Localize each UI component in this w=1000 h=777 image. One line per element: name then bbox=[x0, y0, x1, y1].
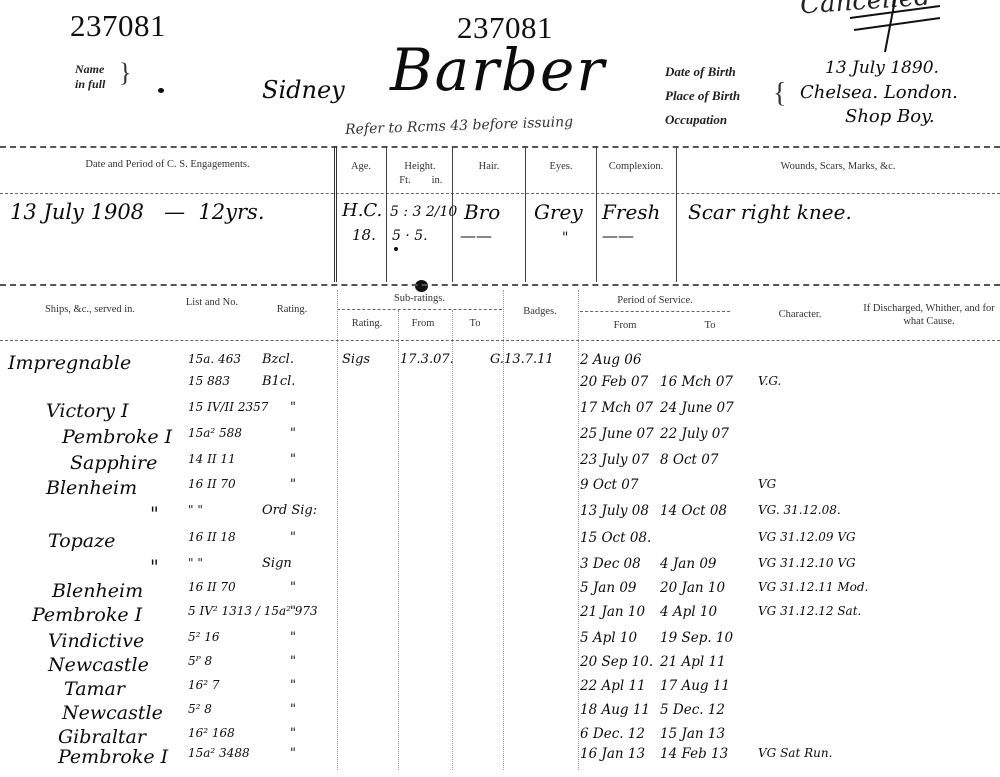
period-from: 3 Dec 08 bbox=[580, 556, 641, 572]
service-row: Blenheim16 II 70"9 Oct 07VG bbox=[0, 477, 1000, 499]
engagements-header: Date and Period of C. S. Engagements. bbox=[0, 158, 335, 171]
complexion-col-divider bbox=[676, 146, 677, 282]
period-from: 20 Sep 10. bbox=[580, 654, 653, 670]
eyes-col-divider bbox=[596, 146, 597, 282]
list-number: 15 IV/II 2357 bbox=[188, 400, 268, 414]
period-to: 19 Sep. 10 bbox=[660, 630, 733, 646]
period-to: 16 Mch 07 bbox=[660, 374, 733, 390]
ship-name: Blenheim bbox=[46, 477, 137, 499]
complexion-header: Complexion. bbox=[597, 160, 675, 173]
rating: " bbox=[290, 580, 296, 595]
eyes-header: Eyes. bbox=[526, 160, 596, 173]
badges-header: Badges. bbox=[510, 305, 570, 318]
date-of-birth: 13 July 1890. bbox=[825, 58, 939, 78]
service-row: Sapphire14 II 11"23 July 078 Oct 07 bbox=[0, 452, 1000, 474]
period-to: 4 Jan 09 bbox=[660, 556, 717, 572]
list-number: 15 883 bbox=[188, 374, 230, 388]
character-header: Character. bbox=[760, 308, 840, 321]
list-number: 14 II 11 bbox=[188, 452, 236, 466]
period-to: 20 Jan 10 bbox=[660, 580, 725, 596]
ship-name: Blenheim bbox=[52, 580, 143, 602]
period-from-header: From bbox=[600, 319, 650, 332]
list-number: 16 II 18 bbox=[188, 530, 236, 544]
rating: " bbox=[290, 678, 296, 693]
name-brace: } bbox=[119, 58, 131, 88]
place-of-birth-label: Place of Birth bbox=[665, 88, 740, 104]
rating: Ord Sig: bbox=[262, 503, 317, 518]
height-row-2: 5 · 5. bbox=[392, 228, 428, 244]
age-row-1: H.C. bbox=[342, 200, 382, 221]
period-to: 24 June 07 bbox=[660, 400, 734, 416]
hair-header: Hair. bbox=[453, 160, 525, 173]
engagement-entry: 13 July 1908 — 12yrs. bbox=[10, 200, 265, 224]
rating: " bbox=[290, 654, 296, 669]
list-number: " " bbox=[188, 556, 203, 570]
place-of-birth: Chelsea. London. bbox=[800, 82, 958, 103]
ship-name: Pembroke I bbox=[58, 746, 168, 768]
rating: " bbox=[290, 477, 296, 492]
period-to: 22 July 07 bbox=[660, 426, 729, 442]
wounds-header: Wounds, Scars, Marks, &c. bbox=[676, 160, 1000, 173]
rating: Bzcl. bbox=[262, 352, 294, 367]
period-to-header: To bbox=[690, 319, 730, 332]
period-from: 2 Aug 06 bbox=[580, 352, 641, 368]
height-row-1: 5 : 3 2/10 bbox=[390, 204, 457, 220]
rating: " bbox=[290, 630, 296, 645]
height-ft-header: Ft. bbox=[393, 174, 417, 187]
age-header: Age. bbox=[335, 160, 387, 173]
height-in-header: in. bbox=[425, 174, 449, 187]
rating: B1cl. bbox=[262, 374, 295, 389]
list-number: 16 II 70 bbox=[188, 477, 236, 491]
strike-through-mark bbox=[840, 0, 950, 55]
service-row: 15 883B1cl.20 Feb 0716 Mch 07V.G. bbox=[0, 374, 1000, 396]
period-from: 5 Apl 10 bbox=[580, 630, 637, 646]
name-label-line1: Name bbox=[75, 62, 105, 77]
rating: " bbox=[290, 452, 296, 467]
rating: " bbox=[290, 746, 296, 761]
period-to: 14 Feb 13 bbox=[660, 746, 728, 762]
engagement-col-divider bbox=[334, 146, 337, 282]
discharged-header: If Discharged, Whither, and for what Cau… bbox=[860, 302, 998, 328]
list-number: 15a. 463 bbox=[188, 352, 241, 366]
period-to: 15 Jan 13 bbox=[660, 726, 725, 742]
list-no-header: List and No. bbox=[183, 296, 241, 309]
ink-blot bbox=[415, 280, 428, 292]
sub-ratings-rule bbox=[337, 309, 502, 310]
hair-row-1: Bro bbox=[464, 200, 500, 224]
character: VG. 31.12.08. bbox=[758, 503, 841, 517]
list-number: 15a² 588 bbox=[188, 426, 242, 440]
period-from: 25 June 07 bbox=[580, 426, 654, 442]
rating: " bbox=[290, 702, 296, 717]
official-number-left: 237081 bbox=[70, 8, 166, 44]
period-to: 14 Oct 08 bbox=[660, 503, 727, 519]
ship-name: Newcastle bbox=[48, 654, 149, 676]
birth-brace: { bbox=[773, 78, 786, 110]
period-from: 5 Jan 09 bbox=[580, 580, 637, 596]
list-number: 5ᴾ 8 bbox=[188, 654, 212, 668]
rating: " bbox=[290, 530, 296, 545]
period-from: 9 Oct 07 bbox=[580, 477, 638, 493]
wounds-row-1: Scar right knee. bbox=[688, 200, 852, 224]
service-row: Blenheim16 II 70"5 Jan 0920 Jan 10VG 31.… bbox=[0, 580, 1000, 602]
ship-name: Topaze bbox=[48, 530, 115, 552]
rating-header: Rating. bbox=[262, 303, 322, 316]
period-to: 5 Dec. 12 bbox=[660, 702, 725, 718]
period-from: 16 Jan 13 bbox=[580, 746, 645, 762]
rating: Sign bbox=[262, 556, 292, 571]
date-of-birth-label: Date of Birth bbox=[665, 64, 736, 80]
name-label: Name in full bbox=[75, 62, 105, 92]
service-row: Victory I15 IV/II 2357"17 Mch 0724 June … bbox=[0, 400, 1000, 422]
service-row: Gibraltar16² 168"6 Dec. 1215 Jan 13 bbox=[0, 726, 1000, 748]
ship-name: Sapphire bbox=[70, 452, 157, 474]
period-to: 8 Oct 07 bbox=[660, 452, 718, 468]
height-header: Height. bbox=[388, 160, 452, 173]
engagement-header-rule bbox=[0, 193, 1000, 194]
rating: " bbox=[290, 604, 296, 619]
character: VG 31.12.12 Sat. bbox=[758, 604, 861, 618]
sub-from-header: From bbox=[398, 317, 448, 330]
sub-rating-from: 17.3.07. bbox=[400, 352, 454, 367]
list-number: 16² 168 bbox=[188, 726, 235, 740]
period-from: 15 Oct 08. bbox=[580, 530, 651, 546]
sub-rating-header: Rating. bbox=[337, 317, 397, 330]
character: VG 31.12.11 Mod. bbox=[758, 580, 868, 594]
rating: " bbox=[290, 400, 296, 415]
sub-ratings-header: Sub-ratings. bbox=[337, 292, 502, 305]
list-number: 15a² 3488 bbox=[188, 746, 250, 760]
ink-dot bbox=[394, 247, 398, 251]
service-row: Impregnable15a. 463Bzcl.Sigs17.3.07.G.13… bbox=[0, 352, 1000, 374]
service-row: Newcastle5² 8"18 Aug 115 Dec. 12 bbox=[0, 702, 1000, 724]
character: VG Sat Run. bbox=[758, 746, 832, 760]
service-header-rule bbox=[0, 340, 1000, 341]
hair-col-divider bbox=[525, 146, 526, 282]
ink-dot bbox=[158, 88, 164, 93]
character: V.G. bbox=[758, 374, 781, 388]
ship-name: Pembroke I bbox=[32, 604, 142, 626]
service-row: Vindictive5² 16"5 Apl 1019 Sep. 10 bbox=[0, 630, 1000, 652]
rating: " bbox=[290, 726, 296, 741]
list-number: 5 IV² 1313 / 15a² 973 bbox=[188, 604, 318, 618]
header-divider bbox=[0, 146, 1000, 148]
service-row: Newcastle5ᴾ 8"20 Sep 10.21 Apl 11 bbox=[0, 654, 1000, 676]
period-from: 17 Mch 07 bbox=[580, 400, 653, 416]
eyes-row-2: " bbox=[562, 230, 568, 246]
ship-name: Tamar bbox=[64, 678, 125, 700]
character: VG 31.12.09 VG bbox=[758, 530, 856, 544]
name-label-line2: in full bbox=[75, 77, 105, 92]
complexion-row-1: Fresh bbox=[602, 200, 660, 224]
ship-name: Impregnable bbox=[8, 352, 131, 374]
period-to: 21 Apl 11 bbox=[660, 654, 726, 670]
ship-name: " bbox=[150, 556, 159, 578]
service-row: Pembroke I15a² 3488"16 Jan 1314 Feb 13VG… bbox=[0, 746, 1000, 768]
ship-name: Vindictive bbox=[48, 630, 144, 652]
badges: G.13.7.11 bbox=[490, 352, 554, 367]
age-col-divider bbox=[386, 146, 387, 282]
eyes-row-1: Grey bbox=[534, 200, 583, 224]
service-row: Topaze16 II 18"15 Oct 08.VG 31.12.09 VG bbox=[0, 530, 1000, 552]
hair-row-2: —— bbox=[460, 226, 492, 245]
period-of-service-header: Period of Service. bbox=[580, 294, 730, 307]
annotation: Refer to Rcms 43 before issuing bbox=[345, 114, 574, 138]
service-row: Pembroke I5 IV² 1313 / 15a² 973"21 Jan 1… bbox=[0, 604, 1000, 626]
period-to: 4 Apl 10 bbox=[660, 604, 717, 620]
character: VG bbox=[758, 477, 776, 491]
surname: Barber bbox=[390, 36, 606, 104]
service-row: Tamar16² 7"22 Apl 1117 Aug 11 bbox=[0, 678, 1000, 700]
ship-name: Gibraltar bbox=[58, 726, 146, 748]
list-number: 5² 16 bbox=[188, 630, 220, 644]
sub-to-header: To bbox=[455, 317, 495, 330]
complexion-row-2: —— bbox=[602, 226, 634, 245]
occupation-label: Occupation bbox=[665, 112, 727, 128]
age-row-2: 18. bbox=[352, 226, 376, 244]
service-row: Pembroke I15a² 588"25 June 0722 July 07 bbox=[0, 426, 1000, 448]
sub-rating: Sigs bbox=[342, 352, 370, 367]
list-number: 16² 7 bbox=[188, 678, 220, 692]
period-from: 23 July 07 bbox=[580, 452, 649, 468]
period-from: 13 July 08 bbox=[580, 503, 649, 519]
period-from: 21 Jan 10 bbox=[580, 604, 645, 620]
list-number: 5² 8 bbox=[188, 702, 212, 716]
character: VG 31.12.10 VG bbox=[758, 556, 856, 570]
service-row: "" "Sign3 Dec 084 Jan 09VG 31.12.10 VG bbox=[0, 556, 1000, 578]
period-rule bbox=[580, 311, 730, 312]
list-number: 16 II 70 bbox=[188, 580, 236, 594]
ship-name: Pembroke I bbox=[62, 426, 172, 448]
period-from: 6 Dec. 12 bbox=[580, 726, 645, 742]
ship-name: Victory I bbox=[46, 400, 129, 422]
period-to: 17 Aug 11 bbox=[660, 678, 730, 694]
ships-header: Ships, &c., served in. bbox=[20, 303, 160, 316]
forename: Sidney bbox=[262, 76, 345, 104]
ship-name: Newcastle bbox=[62, 702, 163, 724]
list-number: " " bbox=[188, 503, 203, 517]
ship-name: " bbox=[150, 503, 159, 525]
engagement-bottom-rule bbox=[0, 284, 1000, 286]
period-from: 22 Apl 11 bbox=[580, 678, 646, 694]
occupation: Shop Boy. bbox=[845, 106, 935, 127]
period-from: 18 Aug 11 bbox=[580, 702, 650, 718]
service-row: "" "Ord Sig:13 July 0814 Oct 08VG. 31.12… bbox=[0, 503, 1000, 525]
rating: " bbox=[290, 426, 296, 441]
period-from: 20 Feb 07 bbox=[580, 374, 648, 390]
